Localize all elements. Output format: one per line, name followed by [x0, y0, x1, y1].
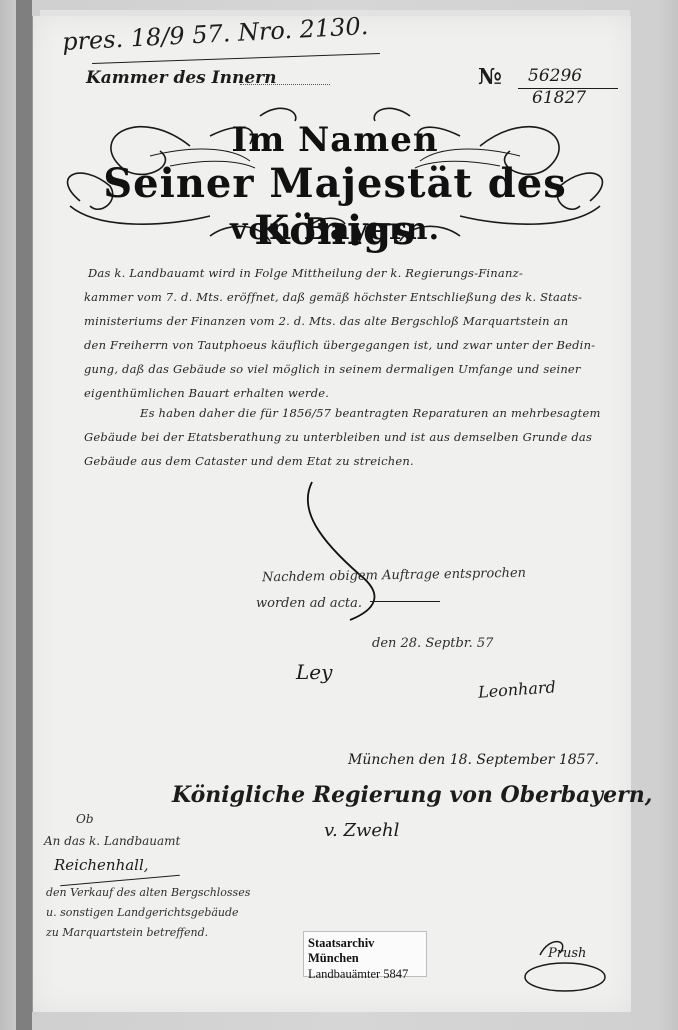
annotation-line-2: worden ad acta.: [256, 596, 362, 611]
body-line: kammer vom 7. d. Mts. eröffnet, daß gemä…: [84, 290, 582, 304]
body-line: eigenthümlichen Bauart erhalten werde.: [84, 386, 329, 400]
body-line: Gebäude bei der Etatsberathung zu unterb…: [84, 430, 592, 444]
body-line: Es haben daher die für 1856/57 beantragt…: [140, 406, 601, 420]
signature-ley: Ley: [296, 660, 332, 684]
title-line-1: Im Namen: [60, 120, 610, 160]
place-date: München den 18. September 1857.: [348, 752, 599, 768]
body-line: den Freiherrn von Tautphoeus käuflich üb…: [84, 338, 595, 352]
body-line: Gebäude aus dem Cataster und dem Etat zu…: [84, 454, 414, 468]
archive-signature: Landbauämter 5847: [308, 966, 422, 982]
archive-label: Staatsarchiv München Landbauämter 5847: [303, 931, 427, 977]
annotation-underline: [370, 601, 440, 602]
document-number-primary: 56296: [528, 66, 582, 86]
body-line: gung, daß das Gebäude so viel möglich in…: [84, 362, 581, 376]
annotation-date: den 28. Septbr. 57: [372, 636, 493, 651]
stamp-signature: Prush: [548, 946, 586, 961]
archive-institution: Staatsarchiv München: [308, 936, 422, 966]
title-line-3: von Bayern.: [60, 212, 610, 247]
department-dotted-line: [240, 84, 330, 85]
address-line-0: Ob: [76, 812, 94, 826]
subject-line-1: den Verkauf des alten Bergschlosses: [46, 886, 250, 899]
number-label: №: [478, 64, 502, 90]
subject-line-2: u. sonstigen Landgerichtsgebäude: [46, 906, 239, 919]
document-number-secondary: 61827: [532, 88, 586, 108]
official-signature: v. Zwehl: [324, 820, 399, 841]
stamp-flourish-icon: [520, 935, 610, 995]
binding-edge: [16, 0, 32, 1030]
body-line: ministeriums der Finanzen vom 2. d. Mts.…: [84, 314, 568, 328]
department-label: Kammer des Innern: [86, 68, 276, 88]
address-line-1: An das k. Landbauamt: [44, 834, 180, 848]
body-line: Das k. Landbauamt wird in Folge Mittheil…: [88, 266, 523, 280]
issuing-authority: Königliche Regierung von Oberbayern,: [172, 782, 652, 808]
subject-line-3: zu Marquartstein betreffend.: [46, 926, 208, 939]
title-block: Im Namen Seiner Majestät des Königs von …: [60, 106, 610, 256]
address-town: Reichenhall,: [54, 856, 149, 874]
